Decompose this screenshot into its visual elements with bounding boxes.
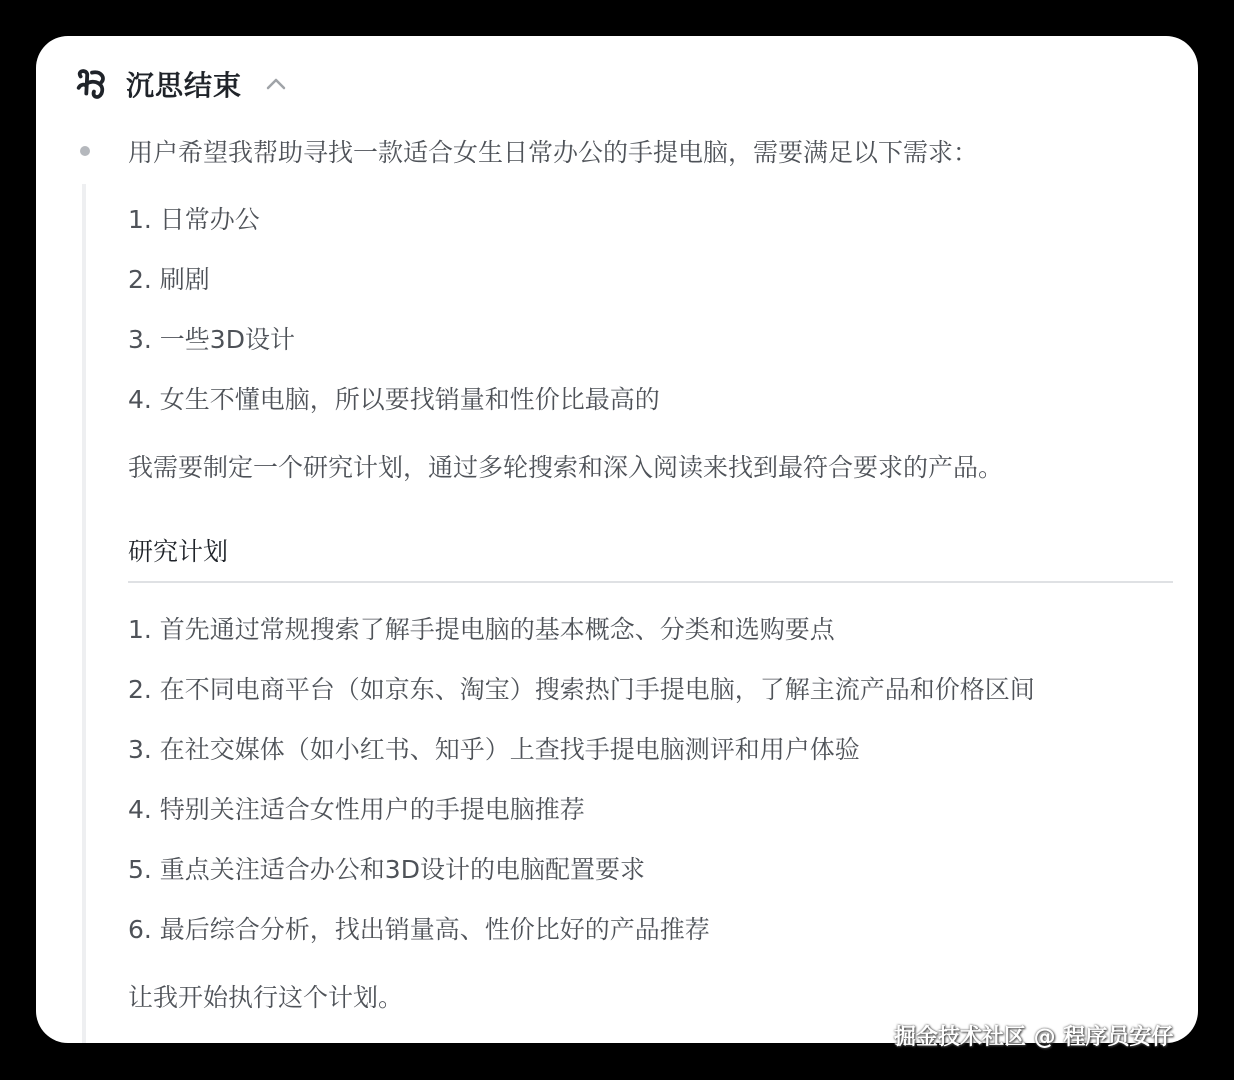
watermark: 掘金技术社区 @ 程序员安仔 (894, 1020, 1173, 1051)
plan-step: 4. 特别关注适合女性用户的手提电脑推荐 (128, 790, 585, 830)
thinking-intro: 用户希望我帮助寻找一款适合女生日常办公的手提电脑，需要满足以下需求： (128, 133, 978, 173)
closing-line: 让我开始执行这个计划。 (128, 978, 403, 1018)
section-divider (128, 581, 1173, 583)
bullet-dot-icon (80, 146, 90, 156)
plan-step: 1. 首先通过常规搜索了解手提电脑的基本概念、分类和选购要点 (128, 610, 835, 650)
section-title: 研究计划 (128, 532, 228, 572)
plan-step: 2. 在不同电商平台（如京东、淘宝）搜索热门手提电脑，了解主流产品和价格区间 (128, 670, 1035, 710)
requirement-item: 2. 刷剧 (128, 260, 210, 300)
plan-step: 3. 在社交媒体（如小红书、知乎）上查找手提电脑测评和用户体验 (128, 730, 860, 770)
thinking-card: 沉思结束 用户希望我帮助寻找一款适合女生日常办公的手提电脑，需要满足以下需求： … (36, 36, 1198, 1043)
plan-step: 5. 重点关注适合办公和3D设计的电脑配置要求 (128, 850, 645, 890)
requirement-item: 3. 一些3D设计 (128, 320, 295, 360)
thread-divider (82, 184, 86, 1043)
requirement-item: 1. 日常办公 (128, 200, 260, 240)
thinking-status-title: 沉思结束 (126, 64, 242, 104)
bullet-row (80, 146, 90, 156)
plan-step: 6. 最后综合分析，找出销量高、性价比好的产品推荐 (128, 910, 710, 950)
thinking-header[interactable]: 沉思结束 (72, 62, 288, 106)
plan-intro: 我需要制定一个研究计划，通过多轮搜索和深入阅读来找到最符合要求的产品。 (128, 448, 1003, 488)
requirement-item: 4. 女生不懂电脑，所以要找销量和性价比最高的 (128, 380, 660, 420)
swirl-logo-icon (72, 64, 112, 104)
chevron-up-icon[interactable] (264, 72, 288, 96)
